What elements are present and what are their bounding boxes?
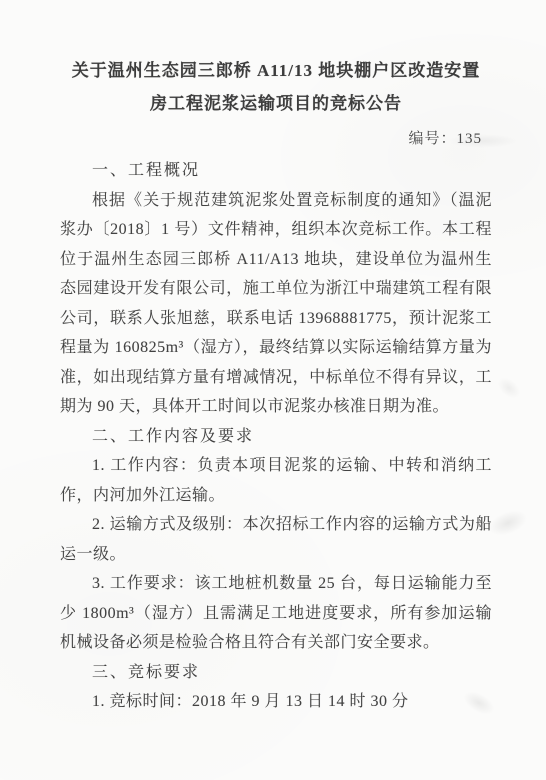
paragraph-project-overview: 根据《关于规范建筑泥浆处置竞标制度的通知》（温泥浆办〔2018〕1 号）文件精神… bbox=[60, 186, 492, 422]
scan-smudge bbox=[494, 374, 524, 403]
scan-smudge bbox=[485, 506, 530, 540]
document-title: 关于温州生态园三郎桥 A11/13 地块棚户区改造安置房工程泥浆运输项目的竞标公… bbox=[66, 54, 486, 120]
paragraph-transport-mode: 2. 运输方式及级别：本次招标工作内容的运输方式为船运一级。 bbox=[60, 510, 492, 569]
scanned-document-page: 关于温州生态园三郎桥 A11/13 地块棚户区改造安置房工程泥浆运输项目的竞标公… bbox=[0, 0, 546, 780]
section-heading-bid-requirements: 三、竞标要求 bbox=[60, 658, 492, 688]
paragraph-bid-time: 1. 竞标时间：2018 年 9 月 13 日 14 时 30 分 bbox=[60, 687, 492, 717]
paragraph-work-requirements: 3. 工作要求：该工地桩机数量 25 台，每日运输能力至少 1800m³（湿方）… bbox=[60, 569, 492, 658]
document-number: 编号：135 bbox=[60, 127, 482, 151]
document-body: 一、工程概况 根据《关于规范建筑泥浆处置竞标制度的通知》（温泥浆办〔2018〕1… bbox=[60, 156, 492, 717]
paragraph-work-content: 1. 工作内容：负责本项目泥浆的运输、中转和消纳工作，内河加外江运输。 bbox=[60, 451, 492, 510]
section-heading-work-content: 二、工作内容及要求 bbox=[60, 422, 492, 452]
section-heading-project-overview: 一、工程概况 bbox=[60, 156, 492, 186]
